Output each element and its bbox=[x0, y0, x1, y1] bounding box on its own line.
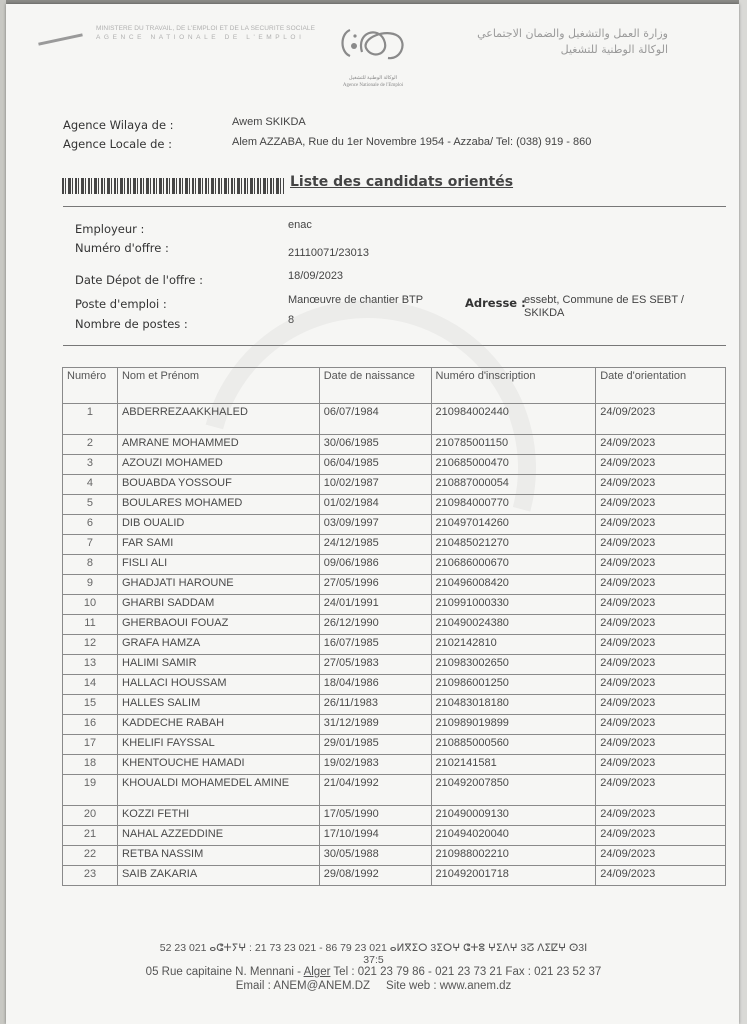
employer-value: enac bbox=[288, 219, 312, 231]
address-label: Adresse : bbox=[465, 296, 526, 310]
row-naissance: 24/01/1991 bbox=[319, 595, 431, 615]
row-inscription: 210485021270 bbox=[431, 535, 596, 555]
footer-line-1: 52 23 021 ⴰⵛⵜⵢⵖ : 21 73 23 021 - 86 79 2… bbox=[0, 942, 747, 954]
table-row: 12GRAFA HAMZA16/07/1985210214281024/09/2… bbox=[63, 635, 726, 655]
footer-address-post: Tel : 021 23 79 86 - 021 23 73 21 Fax : … bbox=[330, 966, 601, 978]
row-inscription: 210492007850 bbox=[431, 775, 596, 806]
row-naissance: 01/02/1984 bbox=[319, 495, 431, 515]
row-naissance: 29/01/1985 bbox=[319, 735, 431, 755]
header-naissance: Date de naissance bbox=[319, 368, 431, 404]
row-numero: 2 bbox=[63, 435, 118, 455]
row-inscription: 210490024380 bbox=[431, 615, 596, 635]
row-numero: 10 bbox=[63, 595, 118, 615]
footer-line-2: 37:5 bbox=[0, 954, 747, 966]
header-left: MINISTERE DU TRAVAIL, DE L'EMPLOI ET DE … bbox=[96, 24, 315, 42]
table-row: 13HALIMI SAMIR27/05/198321098300265024/0… bbox=[63, 655, 726, 675]
table-row: 5BOULARES MOHAMED01/02/19842109840007702… bbox=[63, 495, 726, 515]
footer-email: Email : ANEM@ANEM.DZ bbox=[236, 980, 370, 992]
row-nom: GHADJATI HAROUNE bbox=[117, 575, 319, 595]
row-numero: 21 bbox=[63, 826, 118, 846]
candidates-table: Numéro Nom et Prénom Date de naissance N… bbox=[62, 367, 726, 886]
ministry-ar: وزارة العمل والتشغيل والضمان الاجتماعي bbox=[448, 26, 668, 42]
row-naissance: 19/02/1983 bbox=[319, 755, 431, 775]
row-orientation: 24/09/2023 bbox=[596, 806, 726, 826]
row-inscription: 210885000560 bbox=[431, 735, 596, 755]
row-naissance: 17/05/1990 bbox=[319, 806, 431, 826]
row-naissance: 09/06/1986 bbox=[319, 555, 431, 575]
locale-label: Agence Locale de : bbox=[63, 137, 172, 151]
row-nom: HALLACI HOUSSAM bbox=[117, 675, 319, 695]
row-numero: 15 bbox=[63, 695, 118, 715]
row-nom: BOUABDA YOSSOUF bbox=[117, 475, 319, 495]
logo-caption-fr: Agence Nationale de l'Emploi bbox=[318, 82, 428, 89]
row-inscription: 210989019899 bbox=[431, 715, 596, 735]
address-value-line2: SKIKDA bbox=[524, 307, 564, 319]
row-numero: 1 bbox=[63, 404, 118, 435]
row-nom: RETBA NASSIM bbox=[117, 846, 319, 866]
table-row: 7FAR SAMI24/12/198521048502127024/09/202… bbox=[63, 535, 726, 555]
row-naissance: 30/06/1985 bbox=[319, 435, 431, 455]
row-naissance: 06/07/1984 bbox=[319, 404, 431, 435]
row-numero: 22 bbox=[63, 846, 118, 866]
table-row: 4BOUABDA YOSSOUF10/02/198721088700005424… bbox=[63, 475, 726, 495]
row-nom: AMRANE MOHAMMED bbox=[117, 435, 319, 455]
row-nom: KADDECHE RABAH bbox=[117, 715, 319, 735]
row-nom: NAHAL AZZEDDINE bbox=[117, 826, 319, 846]
row-naissance: 06/04/1985 bbox=[319, 455, 431, 475]
job-label: Poste d'emploi : bbox=[75, 297, 167, 311]
row-inscription: 210685000470 bbox=[431, 455, 596, 475]
row-orientation: 24/09/2023 bbox=[596, 555, 726, 575]
row-numero: 11 bbox=[63, 615, 118, 635]
row-nom: SAIB ZAKARIA bbox=[117, 866, 319, 886]
row-nom: KHENTOUCHE HAMADI bbox=[117, 755, 319, 775]
row-numero: 17 bbox=[63, 735, 118, 755]
row-nom: ABDERREZAAKKHALED bbox=[117, 404, 319, 435]
agency-fr: AGENCE NATIONALE DE L'EMPLOI bbox=[96, 33, 315, 42]
table-row: 3AZOUZI MOHAMED06/04/198521068500047024/… bbox=[63, 455, 726, 475]
page-title: Liste des candidats orientés bbox=[290, 174, 513, 190]
header-inscription: Numéro d'inscription bbox=[431, 368, 596, 404]
header-orientation: Date d'orientation bbox=[596, 368, 726, 404]
row-numero: 13 bbox=[63, 655, 118, 675]
row-inscription: 210984000770 bbox=[431, 495, 596, 515]
row-inscription: 2102142810 bbox=[431, 635, 596, 655]
row-orientation: 24/09/2023 bbox=[596, 755, 726, 775]
row-naissance: 18/04/1986 bbox=[319, 675, 431, 695]
row-orientation: 24/09/2023 bbox=[596, 826, 726, 846]
row-nom: GHARBI SADDAM bbox=[117, 595, 319, 615]
row-orientation: 24/09/2023 bbox=[596, 455, 726, 475]
footer-contact: Email : ANEM@ANEM.DZ Site web : www.anem… bbox=[0, 980, 747, 992]
scan-right-edge bbox=[739, 0, 747, 1024]
offer-number-label: Numéro d'offre : bbox=[75, 241, 169, 255]
row-orientation: 24/09/2023 bbox=[596, 404, 726, 435]
deposit-date-label: Date Dépot de l'offre : bbox=[75, 273, 203, 287]
row-nom: KOZZI FETHI bbox=[117, 806, 319, 826]
row-nom: KHOUALDI MOHAMEDEL AMINE bbox=[117, 775, 319, 806]
row-numero: 5 bbox=[63, 495, 118, 515]
row-numero: 7 bbox=[63, 535, 118, 555]
row-inscription: 210492001718 bbox=[431, 866, 596, 886]
row-naissance: 17/10/1994 bbox=[319, 826, 431, 846]
row-naissance: 21/04/1992 bbox=[319, 775, 431, 806]
row-nom: KHELIFI FAYSSAL bbox=[117, 735, 319, 755]
row-naissance: 29/08/1992 bbox=[319, 866, 431, 886]
row-orientation: 24/09/2023 bbox=[596, 775, 726, 806]
row-numero: 18 bbox=[63, 755, 118, 775]
table-header-row: Numéro Nom et Prénom Date de naissance N… bbox=[63, 368, 726, 404]
row-numero: 16 bbox=[63, 715, 118, 735]
header-nom: Nom et Prénom bbox=[117, 368, 319, 404]
row-nom: FISLI ALI bbox=[117, 555, 319, 575]
table-row: 23SAIB ZAKARIA29/08/199221049200171824/0… bbox=[63, 866, 726, 886]
row-orientation: 24/09/2023 bbox=[596, 675, 726, 695]
row-orientation: 24/09/2023 bbox=[596, 515, 726, 535]
row-orientation: 24/09/2023 bbox=[596, 595, 726, 615]
row-inscription: 210988002210 bbox=[431, 846, 596, 866]
row-orientation: 24/09/2023 bbox=[596, 435, 726, 455]
table-row: 14HALLACI HOUSSAM18/04/19862109860012502… bbox=[63, 675, 726, 695]
footer-address: 05 Rue capitaine N. Mennani - Alger Tel … bbox=[0, 966, 747, 978]
row-nom: AZOUZI MOHAMED bbox=[117, 455, 319, 475]
row-orientation: 24/09/2023 bbox=[596, 735, 726, 755]
table-row: 2AMRANE MOHAMMED30/06/198521078500115024… bbox=[63, 435, 726, 455]
row-orientation: 24/09/2023 bbox=[596, 655, 726, 675]
table-row: 18KHENTOUCHE HAMADI19/02/198321021415812… bbox=[63, 755, 726, 775]
row-inscription: 210490009130 bbox=[431, 806, 596, 826]
row-numero: 19 bbox=[63, 775, 118, 806]
table-row: 11GHERBAOUI FOUAZ26/12/19902104900243802… bbox=[63, 615, 726, 635]
row-naissance: 26/12/1990 bbox=[319, 615, 431, 635]
table-row: 17KHELIFI FAYSSAL29/01/19852108850005602… bbox=[63, 735, 726, 755]
row-nom: GRAFA HAMZA bbox=[117, 635, 319, 655]
row-numero: 9 bbox=[63, 575, 118, 595]
positions-label: Nombre de postes : bbox=[75, 317, 188, 331]
row-naissance: 10/02/1987 bbox=[319, 475, 431, 495]
row-naissance: 27/05/1983 bbox=[319, 655, 431, 675]
row-orientation: 24/09/2023 bbox=[596, 615, 726, 635]
table-row: 21NAHAL AZZEDDINE17/10/19942104940200402… bbox=[63, 826, 726, 846]
row-inscription: 210785001150 bbox=[431, 435, 596, 455]
row-inscription: 210984002440 bbox=[431, 404, 596, 435]
row-naissance: 24/12/1985 bbox=[319, 535, 431, 555]
row-orientation: 24/09/2023 bbox=[596, 535, 726, 555]
locale-value: Alem AZZABA, Rue du 1er Novembre 1954 - … bbox=[232, 136, 591, 148]
row-numero: 23 bbox=[63, 866, 118, 886]
row-inscription: 210991000330 bbox=[431, 595, 596, 615]
row-numero: 12 bbox=[63, 635, 118, 655]
row-orientation: 24/09/2023 bbox=[596, 846, 726, 866]
wilaya-value: Awem SKIKDA bbox=[232, 116, 306, 128]
table-row: 16KADDECHE RABAH31/12/198921098901989924… bbox=[63, 715, 726, 735]
row-numero: 4 bbox=[63, 475, 118, 495]
row-naissance: 16/07/1985 bbox=[319, 635, 431, 655]
row-orientation: 24/09/2023 bbox=[596, 695, 726, 715]
table-row: 10GHARBI SADDAM24/01/199121099100033024/… bbox=[63, 595, 726, 615]
wilaya-label: Agence Wilaya de : bbox=[63, 118, 174, 132]
row-nom: HALLES SALIM bbox=[117, 695, 319, 715]
row-orientation: 24/09/2023 bbox=[596, 635, 726, 655]
row-numero: 20 bbox=[63, 806, 118, 826]
ministry-fr: MINISTERE DU TRAVAIL, DE L'EMPLOI ET DE … bbox=[96, 24, 315, 33]
row-numero: 6 bbox=[63, 515, 118, 535]
table-row: 22RETBA NASSIM30/05/198821098800221024/0… bbox=[63, 846, 726, 866]
row-numero: 14 bbox=[63, 675, 118, 695]
row-naissance: 30/05/1988 bbox=[319, 846, 431, 866]
address-value-line1: essebt, Commune de ES SEBT / bbox=[524, 294, 684, 306]
row-inscription: 210686000670 bbox=[431, 555, 596, 575]
table-row: 6DIB OUALID03/09/199721049701426024/09/2… bbox=[63, 515, 726, 535]
row-naissance: 26/11/1983 bbox=[319, 695, 431, 715]
row-orientation: 24/09/2023 bbox=[596, 866, 726, 886]
row-inscription: 210494020040 bbox=[431, 826, 596, 846]
employer-label: Employeur : bbox=[75, 222, 144, 236]
footer-website: Site web : www.anem.dz bbox=[386, 980, 511, 992]
logo-caption: الوكالة الوطنية للتشغيل Agence Nationale… bbox=[318, 75, 428, 89]
header-right: وزارة العمل والتشغيل والضمان الاجتماعي ا… bbox=[448, 26, 668, 58]
row-inscription: 210986001250 bbox=[431, 675, 596, 695]
row-inscription: 210887000054 bbox=[431, 475, 596, 495]
row-naissance: 27/05/1996 bbox=[319, 575, 431, 595]
row-nom: BOULARES MOHAMED bbox=[117, 495, 319, 515]
table-row: 15HALLES SALIM26/11/198321048301818024/0… bbox=[63, 695, 726, 715]
deposit-date-value: 18/09/2023 bbox=[288, 270, 343, 282]
row-numero: 8 bbox=[63, 555, 118, 575]
row-orientation: 24/09/2023 bbox=[596, 475, 726, 495]
logo-caption-ar: الوكالة الوطنية للتشغيل bbox=[318, 75, 428, 82]
header-numero: Numéro bbox=[63, 368, 118, 404]
row-inscription: 210983002650 bbox=[431, 655, 596, 675]
table-row: 20KOZZI FETHI17/05/199021049000913024/09… bbox=[63, 806, 726, 826]
footer-address-pre: 05 Rue capitaine N. Mennani - bbox=[146, 966, 304, 978]
table-row: 9GHADJATI HAROUNE27/05/19962104960084202… bbox=[63, 575, 726, 595]
anem-logo-icon bbox=[336, 22, 412, 64]
row-orientation: 24/09/2023 bbox=[596, 575, 726, 595]
row-numero: 3 bbox=[63, 455, 118, 475]
agency-ar: الوكالة الوطنية للتشغيل bbox=[448, 42, 668, 58]
footer-city: Alger bbox=[304, 966, 331, 978]
row-nom: GHERBAOUI FOUAZ bbox=[117, 615, 319, 635]
row-naissance: 31/12/1989 bbox=[319, 715, 431, 735]
offer-number-value: 21110071/23013 bbox=[288, 247, 369, 259]
row-inscription: 210483018180 bbox=[431, 695, 596, 715]
table-row: 8FISLI ALI09/06/198621068600067024/09/20… bbox=[63, 555, 726, 575]
barcode bbox=[62, 178, 284, 194]
row-nom: FAR SAMI bbox=[117, 535, 319, 555]
table-row: 19KHOUALDI MOHAMEDEL AMINE21/04/19922104… bbox=[63, 775, 726, 806]
row-inscription: 210496008420 bbox=[431, 575, 596, 595]
row-nom: HALIMI SAMIR bbox=[117, 655, 319, 675]
row-inscription: 210497014260 bbox=[431, 515, 596, 535]
table-row: 1ABDERREZAAKKHALED06/07/1984210984002440… bbox=[63, 404, 726, 435]
row-inscription: 2102141581 bbox=[431, 755, 596, 775]
row-naissance: 03/09/1997 bbox=[319, 515, 431, 535]
row-orientation: 24/09/2023 bbox=[596, 715, 726, 735]
row-nom: DIB OUALID bbox=[117, 515, 319, 535]
row-orientation: 24/09/2023 bbox=[596, 495, 726, 515]
